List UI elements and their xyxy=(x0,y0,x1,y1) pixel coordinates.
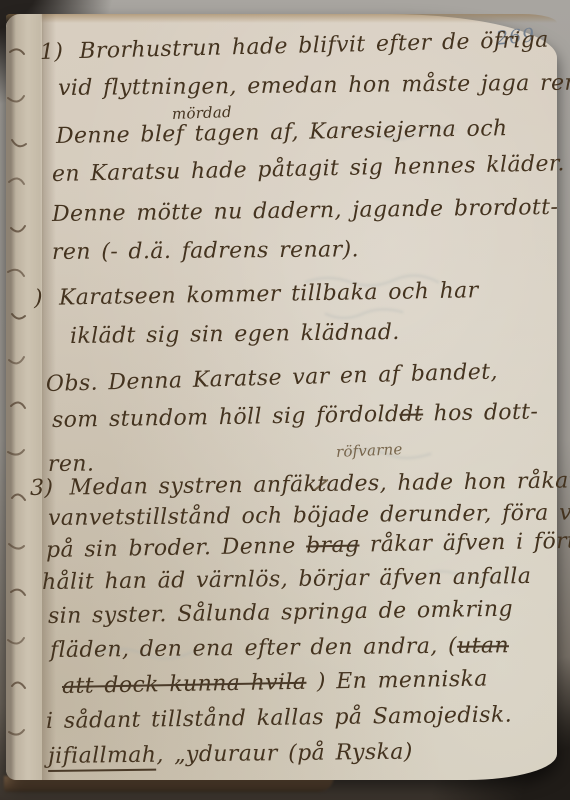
line-text: vanvetstillstånd och böjade derunder, fö… xyxy=(48,500,570,531)
manuscript-line: som stundom höll sig fördolddt hos dott- xyxy=(52,400,539,434)
manuscript-line: fläden, den ena efter den andra, (utan xyxy=(50,633,509,664)
line-text: på sin broder. Denne xyxy=(46,533,307,563)
margin-marker: ) xyxy=(34,286,43,311)
line-text: ren (- d.ä. fadrens renar). xyxy=(52,237,359,265)
aged-top-edge xyxy=(6,14,557,23)
manuscript-line: Obs. Denna Karatse var en af bandet, xyxy=(46,359,499,398)
manuscript-line: 1)Brorhustrun hade blifvit efter de öfri… xyxy=(40,28,549,66)
underlined-text: jifiallmah xyxy=(48,743,157,772)
manuscript-line: på sin broder. Denne brag råkar äfven i … xyxy=(46,527,570,564)
line-text: ) En menniska xyxy=(306,667,488,695)
manuscript-line: sin syster. Sålunda springa de omkring xyxy=(48,597,513,630)
manuscript-line: vanvetstillstånd och böjade derunder, fö… xyxy=(48,500,570,532)
book-gutter xyxy=(6,14,44,780)
line-text: i sådant tillstånd kallas på Samojedisk. xyxy=(46,702,512,734)
manuscript-line: jifiallmah, „yduraur (på Ryska) xyxy=(48,740,413,770)
gutter-ink-fragments xyxy=(6,14,44,780)
line-text: råkar äfven i förtviflan, xyxy=(359,527,570,557)
manuscript-line: Denne mötte nu dadern, jagande brordott- xyxy=(52,195,559,228)
line-text: iklädt sig sin egen klädnad. xyxy=(70,320,400,349)
insertion-text: röfvarne xyxy=(336,441,403,460)
manuscript-line: 3)Medan systren anfäktades, hade hon råk… xyxy=(30,468,570,502)
manuscript-line: ren. xyxy=(48,452,95,478)
manuscript-line: hålit han äd värnlös, börjar äfven anfal… xyxy=(42,564,532,596)
manuscript-line: ren (- d.ä. fadrens renar). xyxy=(52,237,359,266)
margin-marker: 3) xyxy=(30,476,54,501)
manuscript-line: en Karatsu hade påtagit sig hennes kläde… xyxy=(52,151,565,188)
line-text: ren. xyxy=(48,452,95,477)
struck-text: brag xyxy=(306,533,360,559)
manuscript-page: 269 1)Brorhustrun hade blifvit efter de … xyxy=(6,14,557,780)
struck-text: dt xyxy=(399,402,423,427)
line-text: fläden, den ena efter den andra, ( xyxy=(50,634,457,663)
line-text: mördad xyxy=(172,103,232,123)
line-text: Obs. Denna Karatse var en af bandet, xyxy=(46,359,499,397)
line-text: en Karatsu hade påtagit sig hennes kläde… xyxy=(52,151,565,187)
manuscript-line: iklädt sig sin egen klädnad. xyxy=(70,320,400,350)
manuscript-line: Denne blef tagen af, Karesiejerna och xyxy=(56,116,508,150)
line-text: Denne blef tagen af, Karesiejerna och xyxy=(56,116,508,149)
struck-text: utan xyxy=(457,633,509,659)
line-text: Denne mötte nu dadern, jagande brordott- xyxy=(52,195,559,227)
insertion-text: mördad xyxy=(172,104,232,122)
line-text: Karatseen kommer tillbaka och har xyxy=(59,278,479,310)
line-text: Brorhustrun hade blifvit efter de öfriga xyxy=(79,28,549,64)
manuscript-line: )Karatseen kommer tillbaka och har xyxy=(34,278,479,312)
line-text: Medan systren anfäktades, hade hon råkat… xyxy=(69,468,570,501)
manuscript-line: i sådant tillstånd kallas på Samojedisk. xyxy=(46,702,512,735)
line-text: , „yduraur (på Ryska) xyxy=(156,740,413,768)
line-text: som stundom höll sig fördold xyxy=(52,402,400,433)
line-text: sin syster. Sålunda springa de omkring xyxy=(48,597,513,629)
line-text: vid flyttningen, emedan hon måste jaga r… xyxy=(58,70,570,101)
line-text: röfvarne xyxy=(336,440,403,461)
manuscript-line: att dock kunna hvila ) En menniska xyxy=(62,667,488,700)
struck-text: att dock kunna hvila xyxy=(62,670,307,699)
line-text: hålit han äd värnlös, börjar äfven anfal… xyxy=(42,564,532,595)
manuscript-line: vid flyttningen, emedan hon måste jaga r… xyxy=(58,70,570,102)
margin-marker: 1) xyxy=(40,39,64,65)
line-text: hos dott- xyxy=(423,400,539,427)
